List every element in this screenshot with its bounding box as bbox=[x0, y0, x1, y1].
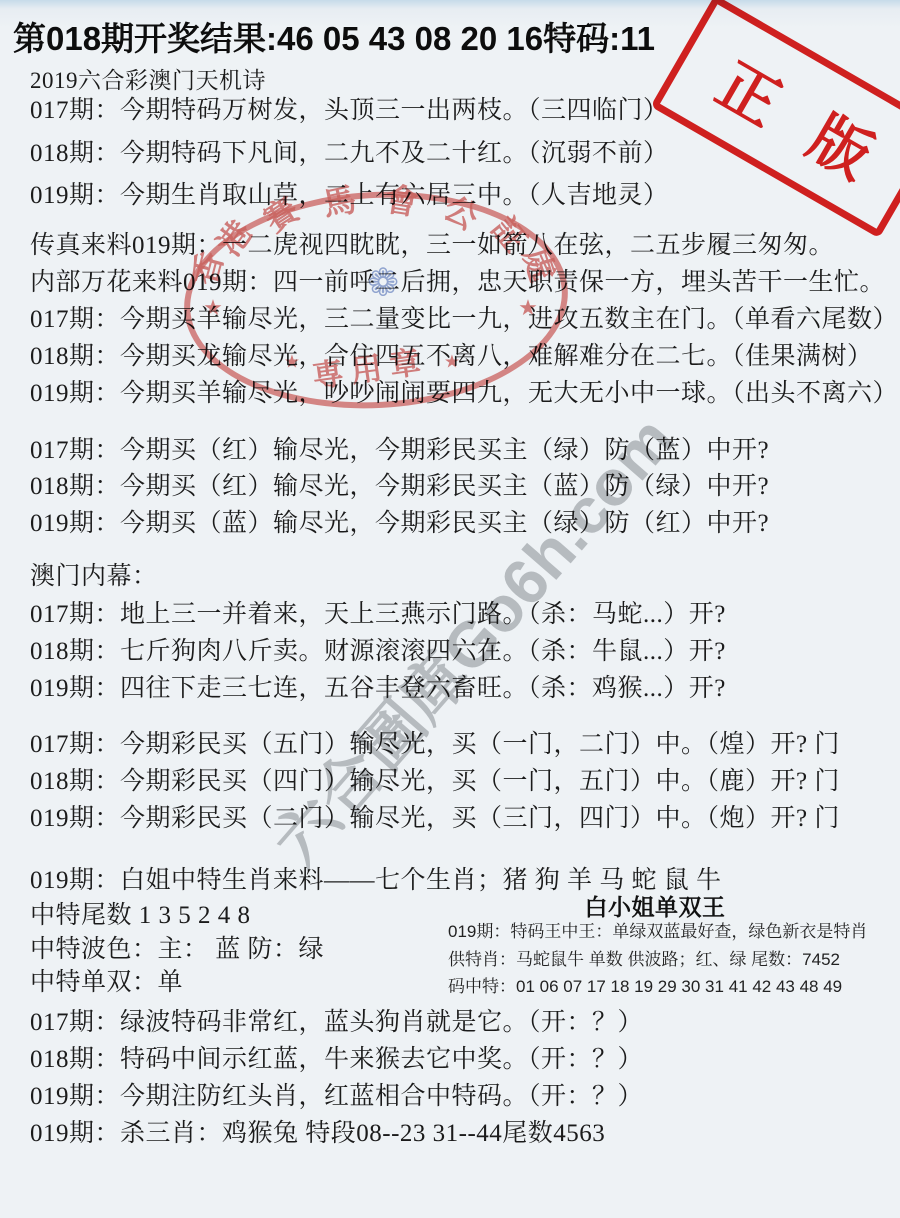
bottom-line: 019期：今期注防红头肖，红蓝相合中特码。（开：？） bbox=[30, 1082, 643, 1112]
baixiaojie-line: 码中特：01 06 07 17 18 19 29 30 31 41 42 43 … bbox=[448, 976, 842, 997]
buy-color-line: 019期：今期买（蓝）输尽光，今期彩民买主（绿）防（红）中开? bbox=[30, 509, 769, 539]
baijie-odd-even: 中特单双：单 bbox=[30, 968, 183, 998]
genuine-stamp: 正版 bbox=[650, 0, 900, 238]
bottom-line: 017期：绿波特码非常红，蓝头狗肖就是它。（开：？） bbox=[30, 1008, 643, 1038]
baixiaojie-line: 供特肖：马蛇鼠牛 单数 供波路；红、绿 尾数：7452 bbox=[448, 949, 840, 970]
door-line: 018期：今期彩民买（四门）输尽光，买（一门，五门）中。（鹿）开? 门 bbox=[30, 767, 840, 797]
sheet-subtitle: 2019六合彩澳门天机诗 bbox=[30, 66, 266, 96]
lottery-tip-sheet: 第018期开奖结果:46 05 43 08 20 16特码:11 2019六合彩… bbox=[0, 0, 900, 1218]
baixiaojie-line: 019期：特码王中王：单绿双蓝最好查，绿色新衣是特肖 bbox=[448, 921, 867, 942]
draw-result-title: 第018期开奖结果:46 05 43 08 20 16特码:11 bbox=[13, 24, 655, 54]
neimu-heading: 澳门内幕： bbox=[30, 562, 158, 592]
neimu-line: 018期：七斤狗肉八斤卖。财源滚滚四六在。（杀：牛鼠...）开? bbox=[30, 637, 726, 667]
poem-line: 019期：今期生肖取山草，二上有六居三中。（人吉地灵） bbox=[30, 181, 669, 211]
fax-line: 传真来料019期：一二虎视四眈眈，三一如箭八在弦，二五步履三匆匆。 bbox=[30, 231, 834, 261]
genuine-stamp-label: 正版 bbox=[664, 15, 900, 218]
buy-animal-line: 019期：今期买羊输尽光，吵吵闹闹要四九，无大无小中一球。（出头不离六） bbox=[30, 379, 898, 409]
fax-line: 内部万花来料019期：四一前呼二后拥，忠天职责保一方，埋头苦干一生忙。 bbox=[30, 268, 885, 298]
door-line: 019期：今期彩民买（二门）输尽光，买（三门，四门）中。（炮）开? 门 bbox=[30, 804, 840, 834]
bottom-line: 019期：杀三肖：鸡猴兔 特段08--23 31--44尾数4563 bbox=[30, 1119, 605, 1149]
baixiaojie-heading: 白小姐单双王 bbox=[520, 892, 790, 922]
poem-line: 018期：今期特码下凡间，二九不及二十红。（沉弱不前） bbox=[30, 139, 669, 169]
buy-animal-line: 017期：今期买羊输尽光，三二量变比一九，进攻五数主在门。（单看六尾数） bbox=[30, 305, 898, 335]
poem-line: 017期：今期特码万树发，头顶三一出两枝。（三四临门） bbox=[30, 96, 669, 126]
bottom-line: 018期：特码中间示红蓝，牛来猴去它中奖。（开：？） bbox=[30, 1045, 643, 1075]
baijie-wave-color: 中特波色：主： 蓝 防：绿 bbox=[30, 935, 324, 965]
neimu-line: 017期：地上三一并着来，天上三燕示门路。（杀：马蛇...）开? bbox=[30, 600, 726, 630]
buy-animal-line: 018期：今期买龙输尽光，合住四五不离八，难解难分在二七。（佳果满树） bbox=[30, 342, 873, 372]
baijie-tail-numbers: 中特尾数 1 3 5 2 4 8 bbox=[30, 901, 251, 931]
